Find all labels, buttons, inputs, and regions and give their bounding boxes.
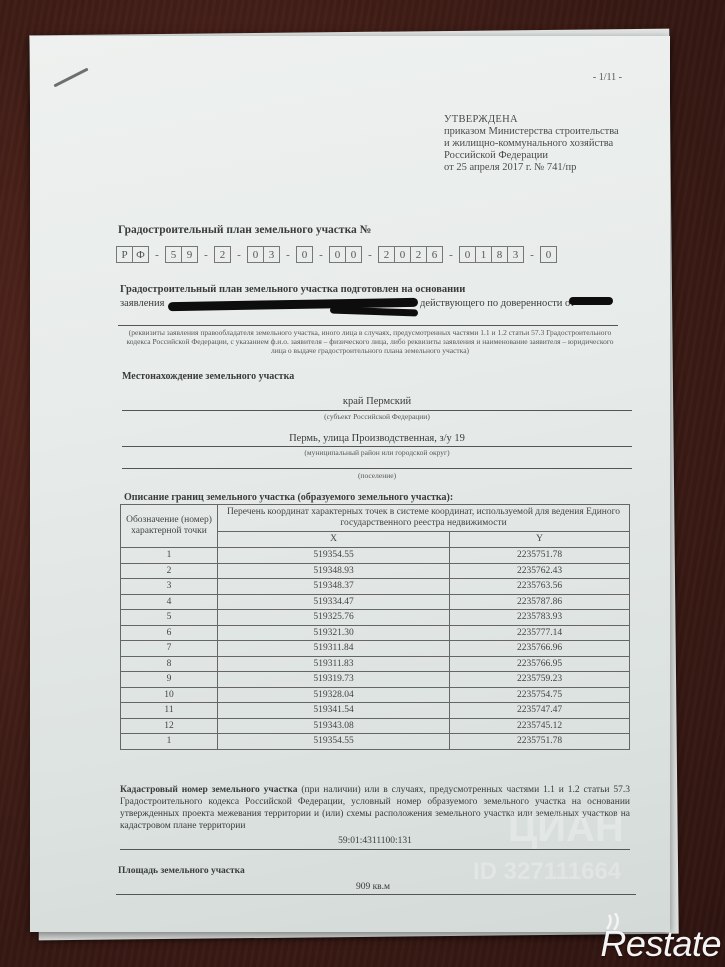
cell-x: 519334.47 — [218, 594, 450, 610]
plan-number: РФ-59-2-03-0-00-2026-0183-0 — [116, 246, 557, 263]
number-cell: 2 — [379, 247, 395, 262]
rule-line — [116, 894, 636, 895]
rule-line — [122, 446, 632, 447]
cell-y: 2235759.23 — [450, 672, 630, 688]
plan-title: Градостроительный план земельного участк… — [118, 224, 371, 236]
cell-x: 519348.37 — [218, 579, 450, 595]
number-cell: 8 — [492, 247, 508, 262]
number-separator: - — [149, 249, 165, 261]
table-row: 9519319.732235759.23 — [121, 672, 630, 688]
settlement-caption: (поселение) — [122, 471, 632, 480]
table-row: 10519328.042235754.75 — [121, 687, 630, 703]
number-group: 0 — [540, 246, 557, 263]
cell-x: 519311.83 — [218, 656, 450, 672]
col-x-header: X — [218, 532, 450, 548]
number-group: 00 — [329, 246, 362, 263]
cell-y: 2235783.93 — [450, 610, 630, 626]
document-page: - 1/11 - УТВЕРЖДЕНА приказом Министерств… — [30, 36, 670, 932]
table-row: 1519354.552235751.78 — [121, 734, 630, 750]
cell-n: 3 — [121, 579, 218, 595]
cell-n: 1 — [121, 548, 218, 564]
number-separator: - — [524, 249, 540, 261]
cell-x: 519348.93 — [218, 563, 450, 579]
table-row: 1519354.552235751.78 — [121, 548, 630, 564]
number-cell: 9 — [182, 247, 197, 262]
area-title: Площадь земельного участка — [118, 866, 245, 876]
number-cell: 2 — [215, 247, 230, 262]
approval-block: УТВЕРЖДЕНА приказом Министерства строите… — [444, 114, 619, 174]
cell-x: 519328.04 — [218, 687, 450, 703]
staple-icon — [53, 68, 88, 88]
rule-line — [122, 410, 632, 411]
cell-x: 519311.84 — [218, 641, 450, 657]
logo-text: Restate — [600, 923, 721, 964]
cadastral-lead: Кадастровый номер земельного участка — [120, 785, 297, 795]
col-point-header: Обозначение (номер) характерной точки — [121, 505, 218, 548]
number-cell: 0 — [541, 247, 556, 262]
table-row: 12519343.082235745.12 — [121, 718, 630, 734]
number-cell: 1 — [476, 247, 492, 262]
cell-y: 2235777.14 — [450, 625, 630, 641]
basis-label: заявления — [120, 298, 164, 309]
cell-n: 6 — [121, 625, 218, 641]
page-number: - 1/11 - — [593, 72, 622, 83]
number-cell: 0 — [460, 247, 476, 262]
number-cell: Р — [117, 247, 133, 262]
number-cell: 5 — [166, 247, 182, 262]
cell-n: 10 — [121, 687, 218, 703]
municipality-caption: (муниципальный район или городской округ… — [122, 448, 632, 457]
cell-n: 1 — [121, 734, 218, 750]
table-row: 6519321.302235777.14 — [121, 625, 630, 641]
cell-n: 8 — [121, 656, 218, 672]
basis-caption: (реквизиты заявления правообладателя зем… — [125, 328, 615, 355]
number-separator: - — [313, 249, 329, 261]
number-cell: 0 — [346, 247, 361, 262]
location-title: Местонахождение земельного участка — [122, 371, 294, 382]
cell-y: 2235787.86 — [450, 594, 630, 610]
basis-visible-text: действующего по доверенности от — [420, 298, 575, 309]
restate-logo: Restate — [600, 923, 721, 965]
approval-line: Российской Федерации — [444, 150, 619, 162]
number-cell: 0 — [330, 247, 346, 262]
table-row: 5519325.762235783.93 — [121, 610, 630, 626]
cell-n: 2 — [121, 563, 218, 579]
cell-n: 12 — [121, 718, 218, 734]
number-group: РФ — [116, 246, 149, 263]
number-cell: 3 — [264, 247, 279, 262]
cell-x: 519354.55 — [218, 548, 450, 564]
col-coords-header: Перечень координат характерных точек в с… — [218, 505, 630, 532]
watermark-brand: ЦИАН — [508, 806, 624, 851]
cell-n: 7 — [121, 641, 218, 657]
number-separator: - — [198, 249, 214, 261]
approval-heading: УТВЕРЖДЕНА — [444, 114, 619, 126]
cell-n: 4 — [121, 594, 218, 610]
cell-y: 2235751.78 — [450, 734, 630, 750]
cell-y: 2235762.43 — [450, 563, 630, 579]
number-group: 2026 — [378, 246, 443, 263]
approval-line: приказом Министерства строительства — [444, 126, 619, 138]
cell-y: 2235747.47 — [450, 703, 630, 719]
table-row: 8519311.832235766.95 — [121, 656, 630, 672]
number-separator: - — [362, 249, 378, 261]
cell-y: 2235763.56 — [450, 579, 630, 595]
cell-y: 2235751.78 — [450, 548, 630, 564]
cell-y: 2235745.12 — [450, 718, 630, 734]
rule-line — [118, 325, 618, 326]
table-row: 3519348.372235763.56 — [121, 579, 630, 595]
number-cell: 3 — [508, 247, 523, 262]
redaction-mark — [330, 306, 418, 316]
number-cell: 0 — [297, 247, 312, 262]
subject-caption: (субъект Российской Федерации) — [122, 412, 632, 421]
municipality-value: Пермь, улица Производственная, з/у 19 — [122, 433, 632, 444]
cell-n: 11 — [121, 703, 218, 719]
table-row: 11519341.542235747.47 — [121, 703, 630, 719]
number-group: 59 — [165, 246, 198, 263]
number-group: 0 — [296, 246, 313, 263]
subject-value: край Пермский — [122, 396, 632, 407]
redaction-mark — [569, 297, 613, 305]
number-group: 2 — [214, 246, 231, 263]
basis-title: Градостроительный план земельного участк… — [120, 284, 465, 295]
approval-line: и жилищно-коммунального хозяйства — [444, 138, 619, 150]
cell-y: 2235766.96 — [450, 641, 630, 657]
number-cell: 2 — [411, 247, 427, 262]
number-group: 03 — [247, 246, 280, 263]
cell-x: 519319.73 — [218, 672, 450, 688]
coordinates-table: Обозначение (номер) характерной точки Пе… — [120, 504, 630, 750]
cell-y: 2235754.75 — [450, 687, 630, 703]
cell-y: 2235766.95 — [450, 656, 630, 672]
boundary-title: Описание границ земельного участка (обра… — [124, 492, 453, 503]
cell-x: 519325.76 — [218, 610, 450, 626]
watermark-id: ID 327111664 — [473, 858, 621, 886]
number-separator: - — [443, 249, 459, 261]
cell-x: 519341.54 — [218, 703, 450, 719]
cell-n: 9 — [121, 672, 218, 688]
col-y-header: Y — [450, 532, 630, 548]
number-cell: Ф — [133, 247, 148, 262]
cell-n: 5 — [121, 610, 218, 626]
number-group: 0183 — [459, 246, 524, 263]
number-cell: 6 — [427, 247, 442, 262]
number-separator: - — [231, 249, 247, 261]
approval-line: от 25 апреля 2017 г. № 741/пр — [444, 162, 619, 174]
cell-x: 519343.08 — [218, 718, 450, 734]
rule-line — [122, 468, 632, 469]
table-row: 4519334.472235787.86 — [121, 594, 630, 610]
number-cell: 0 — [395, 247, 411, 262]
cell-x: 519321.30 — [218, 625, 450, 641]
cell-x: 519354.55 — [218, 734, 450, 750]
table-row: 7519311.842235766.96 — [121, 641, 630, 657]
table-row: 2519348.932235762.43 — [121, 563, 630, 579]
number-cell: 0 — [248, 247, 264, 262]
number-separator: - — [280, 249, 296, 261]
